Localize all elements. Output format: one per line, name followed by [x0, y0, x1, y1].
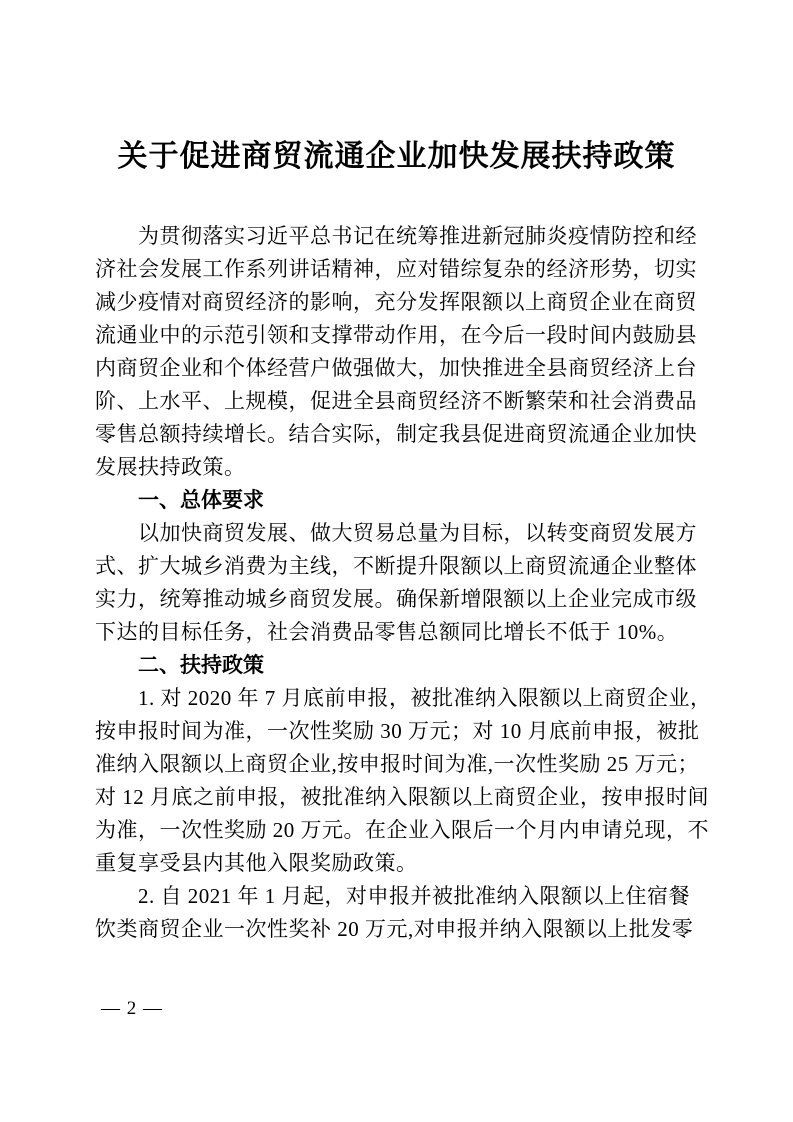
body-line: 阶、上水平、上规模，促进全县商贸经济不断繁荣和社会消费品	[95, 385, 711, 418]
document-title: 关于促进商贸流通企业加快发展扶持政策	[0, 134, 793, 180]
body-line: 准纳入限额以上商贸企业,按申报时间为准,一次性奖励 25 万元；	[95, 748, 711, 781]
page-number: — 2 —	[101, 998, 163, 1020]
body-line: 实力，统筹推动城乡商贸发展。确保新增限额以上企业完成市级	[95, 583, 711, 616]
section-heading-support-policies: 二、扶持政策	[95, 649, 711, 682]
document-page: 关于促进商贸流通企业加快发展扶持政策 为贯彻落实习近平总书记在统筹推进新冠肺炎疫…	[0, 0, 793, 1122]
body-line: 零售总额持续增长。结合实际，制定我县促进商贸流通企业加快	[95, 418, 711, 451]
body-line: 为准，一次性奖励 20 万元。在企业入限后一个月内申请兑现，不	[95, 814, 711, 847]
body-line: 饮类商贸企业一次性奖补 20 万元,对申报并纳入限额以上批发零	[95, 913, 711, 946]
body-line: 发展扶持政策。	[95, 451, 711, 484]
document-body: 为贯彻落实习近平总书记在统筹推进新冠肺炎疫情防控和经 济社会发展工作系列讲话精神…	[95, 220, 711, 946]
body-line: 1. 对 2020 年 7 月底前申报，被批准纳入限额以上商贸企业，	[95, 682, 711, 715]
body-line: 减少疫情对商贸经济的影响，充分发挥限额以上商贸企业在商贸	[95, 286, 711, 319]
section-heading-overall-requirements: 一、总体要求	[95, 484, 711, 517]
body-line: 流通业中的示范引领和支撑带动作用，在今后一段时间内鼓励县	[95, 319, 711, 352]
body-line: 济社会发展工作系列讲话精神，应对错综复杂的经济形势，切实	[95, 253, 711, 286]
body-line: 重复享受县内其他入限奖励政策。	[95, 847, 711, 880]
body-line: 内商贸企业和个体经营户做强做大，加快推进全县商贸经济上台	[95, 352, 711, 385]
body-line: 为贯彻落实习近平总书记在统筹推进新冠肺炎疫情防控和经	[95, 220, 711, 253]
body-line: 2. 自 2021 年 1 月起，对申报并被批准纳入限额以上住宿餐	[95, 880, 711, 913]
body-line: 对 12 月底之前申报，被批准纳入限额以上商贸企业，按申报时间	[95, 781, 711, 814]
body-line: 式、扩大城乡消费为主线，不断提升限额以上商贸流通企业整体	[95, 550, 711, 583]
body-line: 以加快商贸发展、做大贸易总量为目标，以转变商贸发展方	[95, 517, 711, 550]
body-line: 按申报时间为准，一次性奖励 30 万元；对 10 月底前申报，被批	[95, 715, 711, 748]
body-line: 下达的目标任务，社会消费品零售总额同比增长不低于 10%。	[95, 616, 711, 649]
